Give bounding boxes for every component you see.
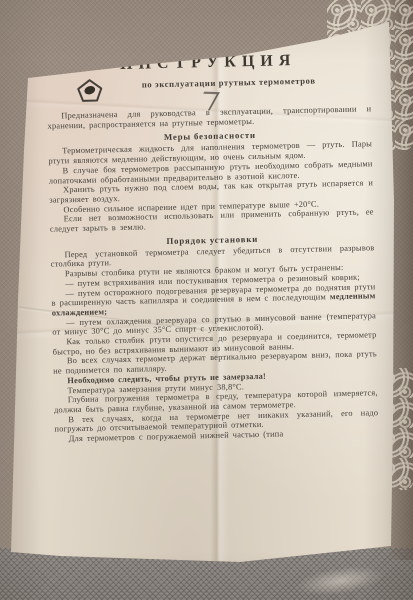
printed-content: ИНСТРУКЦИЯ по эксплуатации ртутных термо… <box>46 50 379 444</box>
pentagon-quality-mark-icon <box>77 78 104 108</box>
instruction-sheet-paper: ИНСТРУКЦИЯ по эксплуатации ртутных термо… <box>0 0 413 600</box>
subtitle-row: по эксплуатации ртутных термометров <box>47 74 371 105</box>
